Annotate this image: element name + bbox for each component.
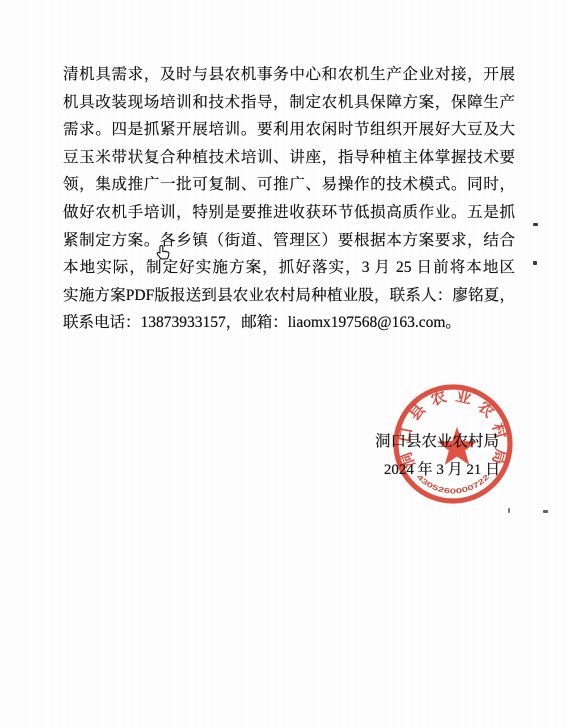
seal-star-icon: [437, 427, 477, 465]
text-line: 清机具需求，及时与县农机事务中心和农机生产企业对接，开展: [63, 61, 515, 89]
official-seal: 洞口县农业农村局 4305260000722: [376, 368, 530, 522]
scan-speck: [543, 510, 548, 513]
scanned-document-page: 清机具需求，及时与县农机事务中心和农机生产企业对接，开展 机具改装现场培训和技术…: [0, 0, 568, 728]
text-line: 豆玉米带状复合种植技术培训、讲座，指导种植主体掌握技术要: [63, 144, 515, 172]
text-line: 做好农机手培训，特别是要推进收获环节低损高质作业。五是抓: [63, 199, 515, 227]
text-line: 联系电话：13873933157，邮箱：liaomx197568@163.com…: [63, 309, 515, 337]
scan-speck: [533, 223, 538, 226]
text-line: 领，集成推广一批可复制、可推广、易操作的技术模式。同时，: [63, 171, 515, 199]
scan-speck: [508, 508, 510, 513]
text-line: 实施方案PDF版报送到县农业农村局种植业股，联系人：廖铭夏，: [63, 282, 515, 310]
text-line: 本地实际，制定好实施方案，抓好落实，3 月 25 日前将本地区: [63, 254, 515, 282]
body-paragraph: 清机具需求，及时与县农机事务中心和农机生产企业对接，开展 机具改装现场培训和技术…: [63, 61, 515, 337]
text-line: 需求。四是抓紧开展培训。要利用农闲时节组织开展好大豆及大: [63, 116, 515, 144]
scan-speck: [533, 261, 537, 265]
hand-cursor-icon: [154, 244, 173, 263]
text-line: 紧制定方案。各乡镇（街道、管理区）要根据本方案要求，结合: [63, 227, 515, 255]
text-line: 机具改装现场培训和技术指导，制定农机具保障方案，保障生产: [63, 89, 515, 117]
